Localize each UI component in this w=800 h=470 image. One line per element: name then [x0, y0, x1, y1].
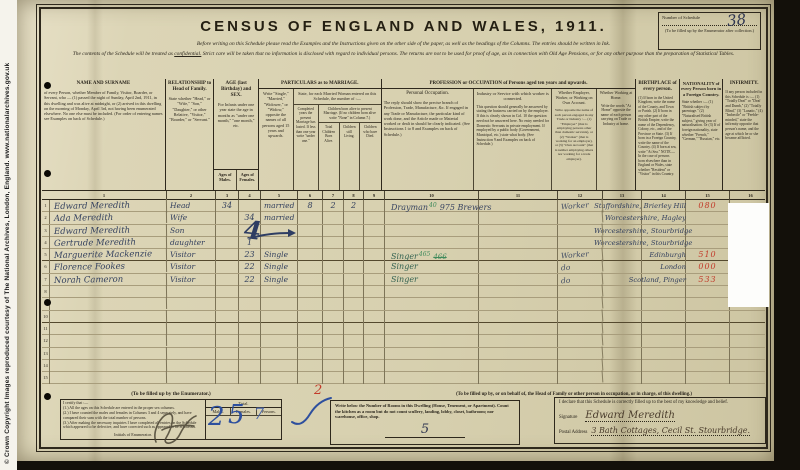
cell-children-living — [344, 348, 364, 360]
cell-children-died — [364, 261, 385, 273]
cell-infirmity — [730, 323, 771, 335]
cell-occupation — [385, 372, 479, 384]
column-number: 6 — [298, 191, 323, 200]
cell-children-living — [344, 274, 364, 286]
cell-industry — [479, 274, 558, 286]
cell-children-living — [344, 360, 364, 372]
cell-row-number: 15 — [42, 372, 50, 384]
table-row: 6Florence FookesVisitor22SingleSingerdoL… — [42, 261, 765, 273]
cell-years-married — [298, 335, 323, 347]
table-row: 3Edward MeredithSonWorcestershire, Stour… — [42, 225, 765, 237]
cell-birthplace — [642, 286, 686, 298]
cell-name — [50, 334, 167, 348]
form-frame: CENSUS OF ENGLAND AND WALES, 1911. Numbe… — [36, 4, 771, 452]
column-number: 3 — [216, 191, 239, 200]
cell-nationality-code — [686, 348, 730, 360]
intro-line-2: The contents of the Schedule will be tre… — [53, 51, 754, 58]
cell-relationship — [167, 311, 216, 323]
cell-at-home — [603, 286, 642, 298]
cell-age-female — [239, 372, 261, 384]
cell-years-married — [298, 323, 323, 335]
rooms-box: Write below the Number of Rooms in this … — [330, 400, 520, 445]
column-number: 9 — [364, 191, 385, 200]
cell-children-born — [323, 286, 344, 298]
cell-age-male — [216, 323, 239, 335]
total-males-value: 2 — [208, 402, 225, 432]
insert-arrow-mark — [250, 228, 298, 242]
cell-children-living — [344, 372, 364, 384]
punch-hole — [44, 170, 51, 177]
cell-nationality-code — [686, 323, 730, 335]
cell-occupation — [385, 298, 479, 310]
cell-infirmity — [730, 311, 771, 323]
cell-children-living — [344, 237, 364, 249]
cell-children-died — [364, 225, 385, 237]
column-number: 4 — [239, 191, 261, 200]
cell-industry — [479, 323, 558, 335]
cell-occupation — [385, 212, 479, 224]
cell-name — [50, 371, 167, 385]
cell-birthplace: Worcestershire, Stourbridge — [642, 225, 686, 237]
cell-row-number: 11 — [42, 323, 50, 335]
total-females-value: 5 — [228, 400, 245, 430]
column-number: 16 — [730, 191, 771, 200]
cell-nationality-code — [686, 372, 730, 384]
cell-age-female — [239, 298, 261, 310]
cell-industry — [479, 348, 558, 360]
cell-marriage: Single — [261, 261, 298, 273]
copyright-text: © Crown Copyright Images reproduced cour… — [4, 63, 11, 464]
cell-age-female — [239, 286, 261, 298]
cell-relationship — [167, 298, 216, 310]
cell-marriage: married — [261, 212, 298, 224]
table-row: 13 — [42, 348, 765, 360]
cell-birthplace — [642, 335, 686, 347]
col-header-profession: PROFESSION or OCCUPATION of Persons aged… — [382, 79, 637, 190]
cell-marriage — [261, 372, 298, 384]
col-header-marriage: PARTICULARS as to MARRIAGE. Write "Singl… — [259, 79, 382, 190]
cell-age-male — [216, 225, 239, 237]
cell-birthplace — [642, 311, 686, 323]
cell-industry — [479, 286, 558, 298]
cell-age-female — [239, 311, 261, 323]
cell-row-number: 2 — [42, 212, 50, 224]
cell-marriage — [261, 298, 298, 310]
punch-hole — [44, 82, 51, 89]
table-row: 7Norah CameronVisitor22SingleSingerdoSco… — [42, 274, 765, 286]
cell-at-home — [603, 360, 642, 372]
cell-children-died — [364, 212, 385, 224]
cell-children-born — [323, 323, 344, 335]
cell-children-living — [344, 286, 364, 298]
col-header-birthplace: BIRTHPLACE of every person. (1) If born … — [636, 79, 680, 190]
cell-nationality-code — [686, 298, 730, 310]
cell-age-female — [239, 335, 261, 347]
cell-marriage — [261, 311, 298, 323]
cell-relationship — [167, 348, 216, 360]
cell-row-number: 12 — [42, 335, 50, 347]
cell-marriage — [261, 335, 298, 347]
address-value: 3 Bath Cottages, Cecil St. Stourbridge. — [591, 426, 750, 436]
cell-years-married — [298, 274, 323, 286]
cell-industry — [479, 261, 558, 273]
cell-at-home — [603, 348, 642, 360]
age-females-label: Ages of Females. — [237, 170, 258, 190]
cell-children-born — [323, 348, 344, 360]
column-number: 14 — [642, 191, 686, 200]
cell-occupation: Singer — [385, 261, 479, 273]
cell-birthplace: Scotland, Pinger — [642, 274, 686, 286]
cell-occupation — [385, 311, 479, 323]
census-scan: © Crown Copyright Images reproduced cour… — [0, 0, 800, 470]
cell-at-home — [603, 335, 642, 347]
column-number: 2 — [167, 191, 216, 200]
intro-line-1: Before writing on this Schedule please r… — [53, 41, 754, 48]
married-woman-note: State, for each Married Woman entered on… — [294, 89, 381, 105]
total-persons-value: 7 — [254, 404, 264, 423]
table-row: 15 — [42, 372, 765, 384]
cell-nationality-code — [686, 237, 730, 249]
cell-nationality-code — [686, 212, 730, 224]
cell-nationality-code: 533 — [686, 274, 730, 286]
cell-relationship: daughter — [167, 237, 216, 249]
cell-occupation — [385, 225, 479, 237]
enumerator-initials-signature — [146, 408, 200, 450]
cell-birthplace: London — [642, 261, 686, 273]
col-header-nationality: NATIONALITY of every Person born in a Fo… — [680, 79, 724, 190]
cell-nationality-code — [686, 335, 730, 347]
cell-age-female: 22 — [239, 274, 261, 286]
table-row: 2Ada MeredithWife34marriedWorcestershire… — [42, 212, 765, 224]
cell-marriage — [261, 323, 298, 335]
cell-age-female: 22 — [239, 261, 261, 273]
cell-nationality-code — [686, 286, 730, 298]
cell-children-living — [344, 261, 364, 273]
cell-industry — [479, 360, 558, 372]
cell-years-married — [298, 360, 323, 372]
cell-marriage — [261, 348, 298, 360]
census-form-paper: CENSUS OF ENGLAND AND WALES, 1911. Numbe… — [17, 0, 774, 461]
punch-hole — [44, 393, 51, 400]
cell-age-male — [216, 261, 239, 273]
col-header-age: AGE (last Birthday) and SEX. For Infants… — [214, 79, 259, 190]
cell-occupation — [385, 286, 479, 298]
cell-children-died — [364, 274, 385, 286]
declaration-box: I declare that this Schedule is correctl… — [554, 397, 766, 444]
declaration-statement: I declare that this Schedule is correctl… — [559, 400, 761, 406]
col-header-name: NAME AND SURNAME of every Person, whethe… — [42, 79, 166, 190]
rooms-value: 5 — [385, 422, 465, 438]
signature-value: Edward Meredith — [585, 410, 675, 422]
cell-nationality-code — [686, 360, 730, 372]
cell-years-married — [298, 237, 323, 249]
cell-age-male — [216, 360, 239, 372]
cell-infirmity — [730, 372, 771, 384]
cell-marriage — [261, 360, 298, 372]
age-males-label: Ages of Males. — [214, 170, 236, 190]
cell-industry — [479, 298, 558, 310]
cell-at-home — [603, 311, 642, 323]
column-number: 13 — [603, 191, 642, 200]
cell-children-born — [323, 274, 344, 286]
cell-children-born — [323, 261, 344, 273]
cell-age-female — [239, 360, 261, 372]
cell-row-number: 10 — [42, 311, 50, 323]
cell-occupation — [385, 360, 479, 372]
punch-hole — [44, 299, 51, 306]
cell-age-male — [216, 335, 239, 347]
cell-children-born — [323, 212, 344, 224]
enumerator-heading: (To be filled up by the Enumerator.) — [60, 391, 282, 397]
cell-children-died — [364, 360, 385, 372]
cell-infirmity — [730, 348, 771, 360]
cell-age-female — [239, 348, 261, 360]
cell-row-number: 4 — [42, 237, 50, 249]
cell-relationship — [167, 360, 216, 372]
cell-birthplace — [642, 372, 686, 384]
cell-age-male — [216, 372, 239, 384]
cell-relationship: Son — [167, 225, 216, 237]
cell-age-male — [216, 286, 239, 298]
cell-at-home — [603, 372, 642, 384]
cell-relationship — [167, 286, 216, 298]
cell-children-living — [344, 311, 364, 323]
cell-industry — [479, 335, 558, 347]
cell-row-number: 14 — [42, 360, 50, 372]
table-rows: 1Edward MeredithHead34married822Drayman4… — [42, 200, 765, 384]
table-row: 10 — [42, 311, 765, 323]
blue-pen-stroke — [288, 392, 334, 432]
cell-birthplace: Worcestershire, Hagley — [642, 212, 686, 224]
census-table: NAME AND SURNAME of every Person, whethe… — [42, 79, 765, 384]
cell-relationship — [167, 323, 216, 335]
cell-nationality-code — [686, 311, 730, 323]
cell-row-number: 8 — [42, 286, 50, 298]
column-number: 10 — [385, 191, 479, 200]
table-header: NAME AND SURNAME of every Person, whethe… — [42, 79, 765, 191]
cell-industry — [479, 237, 558, 249]
cell-children-died — [364, 286, 385, 298]
cell-relationship: Wife — [167, 212, 216, 224]
column-number: 7 — [323, 191, 344, 200]
cell-row-number: 6 — [42, 261, 50, 273]
column-number: 8 — [344, 191, 364, 200]
cell-children-born — [323, 372, 344, 384]
cell-children-born — [323, 298, 344, 310]
schedule-number-value: 38 — [726, 10, 747, 30]
cell-industry — [479, 212, 558, 224]
cell-occupation — [385, 323, 479, 335]
cell-children-died — [364, 237, 385, 249]
cell-row-number: 13 — [42, 348, 50, 360]
cell-marriage: Single — [261, 274, 298, 286]
cell-children-died — [364, 298, 385, 310]
cell-age-male — [216, 298, 239, 310]
cell-birthplace — [642, 323, 686, 335]
cell-children-born — [323, 335, 344, 347]
table-row: 12 — [42, 335, 765, 347]
cell-years-married — [298, 212, 323, 224]
cell-years-married — [298, 261, 323, 273]
cell-children-living — [344, 323, 364, 335]
column-number: 15 — [686, 191, 730, 200]
cell-relationship — [167, 372, 216, 384]
cell-nationality-code — [686, 225, 730, 237]
cell-children-born — [323, 225, 344, 237]
cell-industry — [479, 372, 558, 384]
cell-age-male — [216, 237, 239, 249]
cell-children-living — [344, 298, 364, 310]
cell-occupation — [385, 348, 479, 360]
cell-at-home — [603, 323, 642, 335]
column-number: 11 — [479, 191, 558, 200]
cell-relationship: Visitor — [167, 274, 216, 286]
cell-infirmity — [730, 335, 771, 347]
cell-children-living — [344, 335, 364, 347]
cell-birthplace — [642, 298, 686, 310]
cell-children-died — [364, 348, 385, 360]
cell-children-born — [323, 237, 344, 249]
cell-age-male — [216, 348, 239, 360]
redaction-patch — [728, 203, 769, 307]
cell-years-married — [298, 286, 323, 298]
rooms-instructions: Write below the Number of Rooms in this … — [335, 403, 515, 420]
cell-occupation: Singer — [385, 274, 479, 286]
cell-children-died — [364, 372, 385, 384]
copyright-strip: © Crown Copyright Images reproduced cour… — [0, 0, 17, 470]
table-row: 9 — [42, 298, 765, 310]
col-header-infirmity: INFIRMITY. If any person included in thi… — [723, 79, 765, 190]
column-number: 5 — [261, 191, 298, 200]
cell-children-died — [364, 323, 385, 335]
cell-industry — [479, 311, 558, 323]
marriage-state-note: Write "Single," "Married," "Widower," or… — [259, 89, 294, 190]
cell-at-home — [603, 298, 642, 310]
cell-industry — [479, 225, 558, 237]
cell-age-male — [216, 212, 239, 224]
cell-relationship: Visitor — [167, 261, 216, 273]
cell-employment — [558, 371, 604, 386]
cell-age-female — [239, 323, 261, 335]
cell-years-married — [298, 348, 323, 360]
cell-relationship — [167, 335, 216, 347]
cell-years-married — [298, 298, 323, 310]
cell-age-male — [216, 274, 239, 286]
cell-birthplace — [642, 348, 686, 360]
cell-children-died — [364, 311, 385, 323]
children-note: Children born alive to present Marriage.… — [319, 105, 381, 124]
cell-children-living — [344, 212, 364, 224]
col-header-relationship: RELATIONSHIP to Head of Family. State wh… — [166, 79, 215, 190]
cell-children-died — [364, 335, 385, 347]
cell-infirmity — [730, 360, 771, 372]
cell-years-married — [298, 225, 323, 237]
cell-marriage — [261, 286, 298, 298]
schedule-number-note: (To be filled up by the Enumerator after… — [662, 28, 757, 34]
cell-years-married — [298, 311, 323, 323]
cell-children-born — [323, 311, 344, 323]
cell-row-number: 7 — [42, 274, 50, 286]
years-married-note: Completed years the present Marriage has… — [294, 105, 319, 191]
cell-row-number: 3 — [42, 225, 50, 237]
cell-nationality-code: 000 — [686, 261, 730, 273]
cell-name: Ada Meredith — [50, 211, 167, 225]
cell-age-male — [216, 311, 239, 323]
cell-birthplace: Worcestershire, Stourbridge — [642, 237, 686, 249]
cell-children-living — [344, 225, 364, 237]
cell-occupation — [385, 335, 479, 347]
cell-birthplace — [642, 360, 686, 372]
cell-occupation — [385, 237, 479, 249]
cell-children-born — [323, 360, 344, 372]
